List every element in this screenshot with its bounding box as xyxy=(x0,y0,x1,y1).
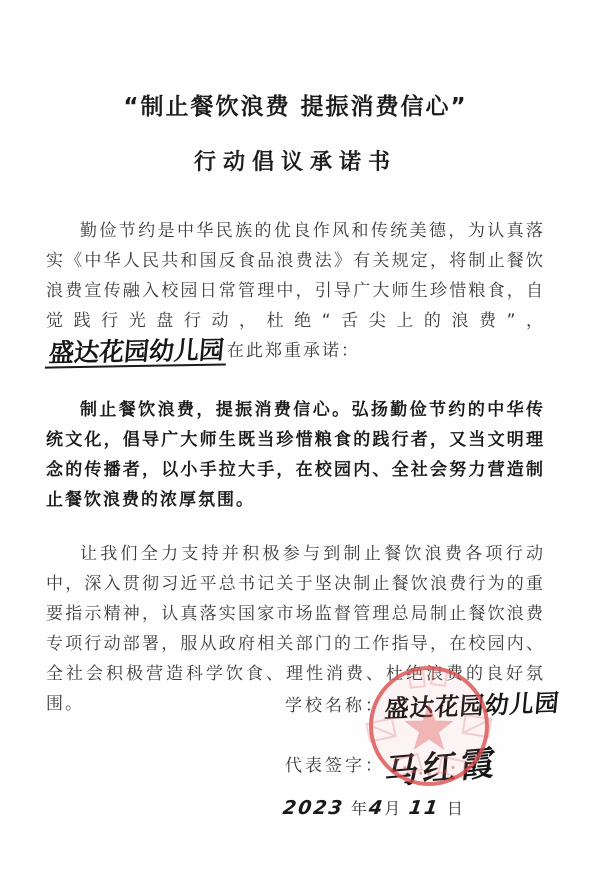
paragraph-opening-text: 勤俭节约是中华民族的优良作风和传统美德，为认真落实《中华人民共和国反食品浪费法》… xyxy=(46,221,545,331)
representative-signature-row: 代表签字：马红霞 xyxy=(285,740,499,789)
paragraph-opening-tail: 在此郑重承诺： xyxy=(227,341,360,361)
handwritten-month: 4 xyxy=(367,797,385,819)
scanned-document-page: “制止餐饮浪费 提振消费信心” 行动倡议承诺书 勤俭节约是中华民族的优良作风和传… xyxy=(0,0,591,886)
date-line: 2023 年4月 11 日 xyxy=(283,796,465,819)
month-character: 月 xyxy=(384,799,402,818)
year-character: 年 xyxy=(351,799,369,818)
handwritten-school-name-inline: 盛达花园幼儿园 xyxy=(45,337,228,368)
school-name-row: 学校名称：盛达花园幼儿园 xyxy=(285,686,560,721)
representative-label: 代表签字： xyxy=(285,756,385,776)
day-character: 日 xyxy=(447,799,465,818)
document-subtitle: 行动倡议承诺书 xyxy=(46,145,545,176)
paragraph-opening: 勤俭节约是中华民族的优良作风和传统美德，为认真落实《中华人民共和国反食品浪费法》… xyxy=(46,216,545,367)
handwritten-day: 11 xyxy=(408,797,442,819)
handwritten-representative-signature: 马红霞 xyxy=(383,735,501,795)
school-name-label: 学校名称： xyxy=(285,696,385,716)
handwritten-year: 2023 xyxy=(281,797,345,819)
paragraph-pledge: 制止餐饮浪费，提振消费信心。弘扬勤俭节约的中华传统文化，倡导广大师生既当珍惜粮食… xyxy=(46,395,545,515)
handwritten-school-name: 盛达花园幼儿园 xyxy=(384,683,562,724)
document-title: “制止餐饮浪费 提振消费信心” xyxy=(46,88,545,121)
